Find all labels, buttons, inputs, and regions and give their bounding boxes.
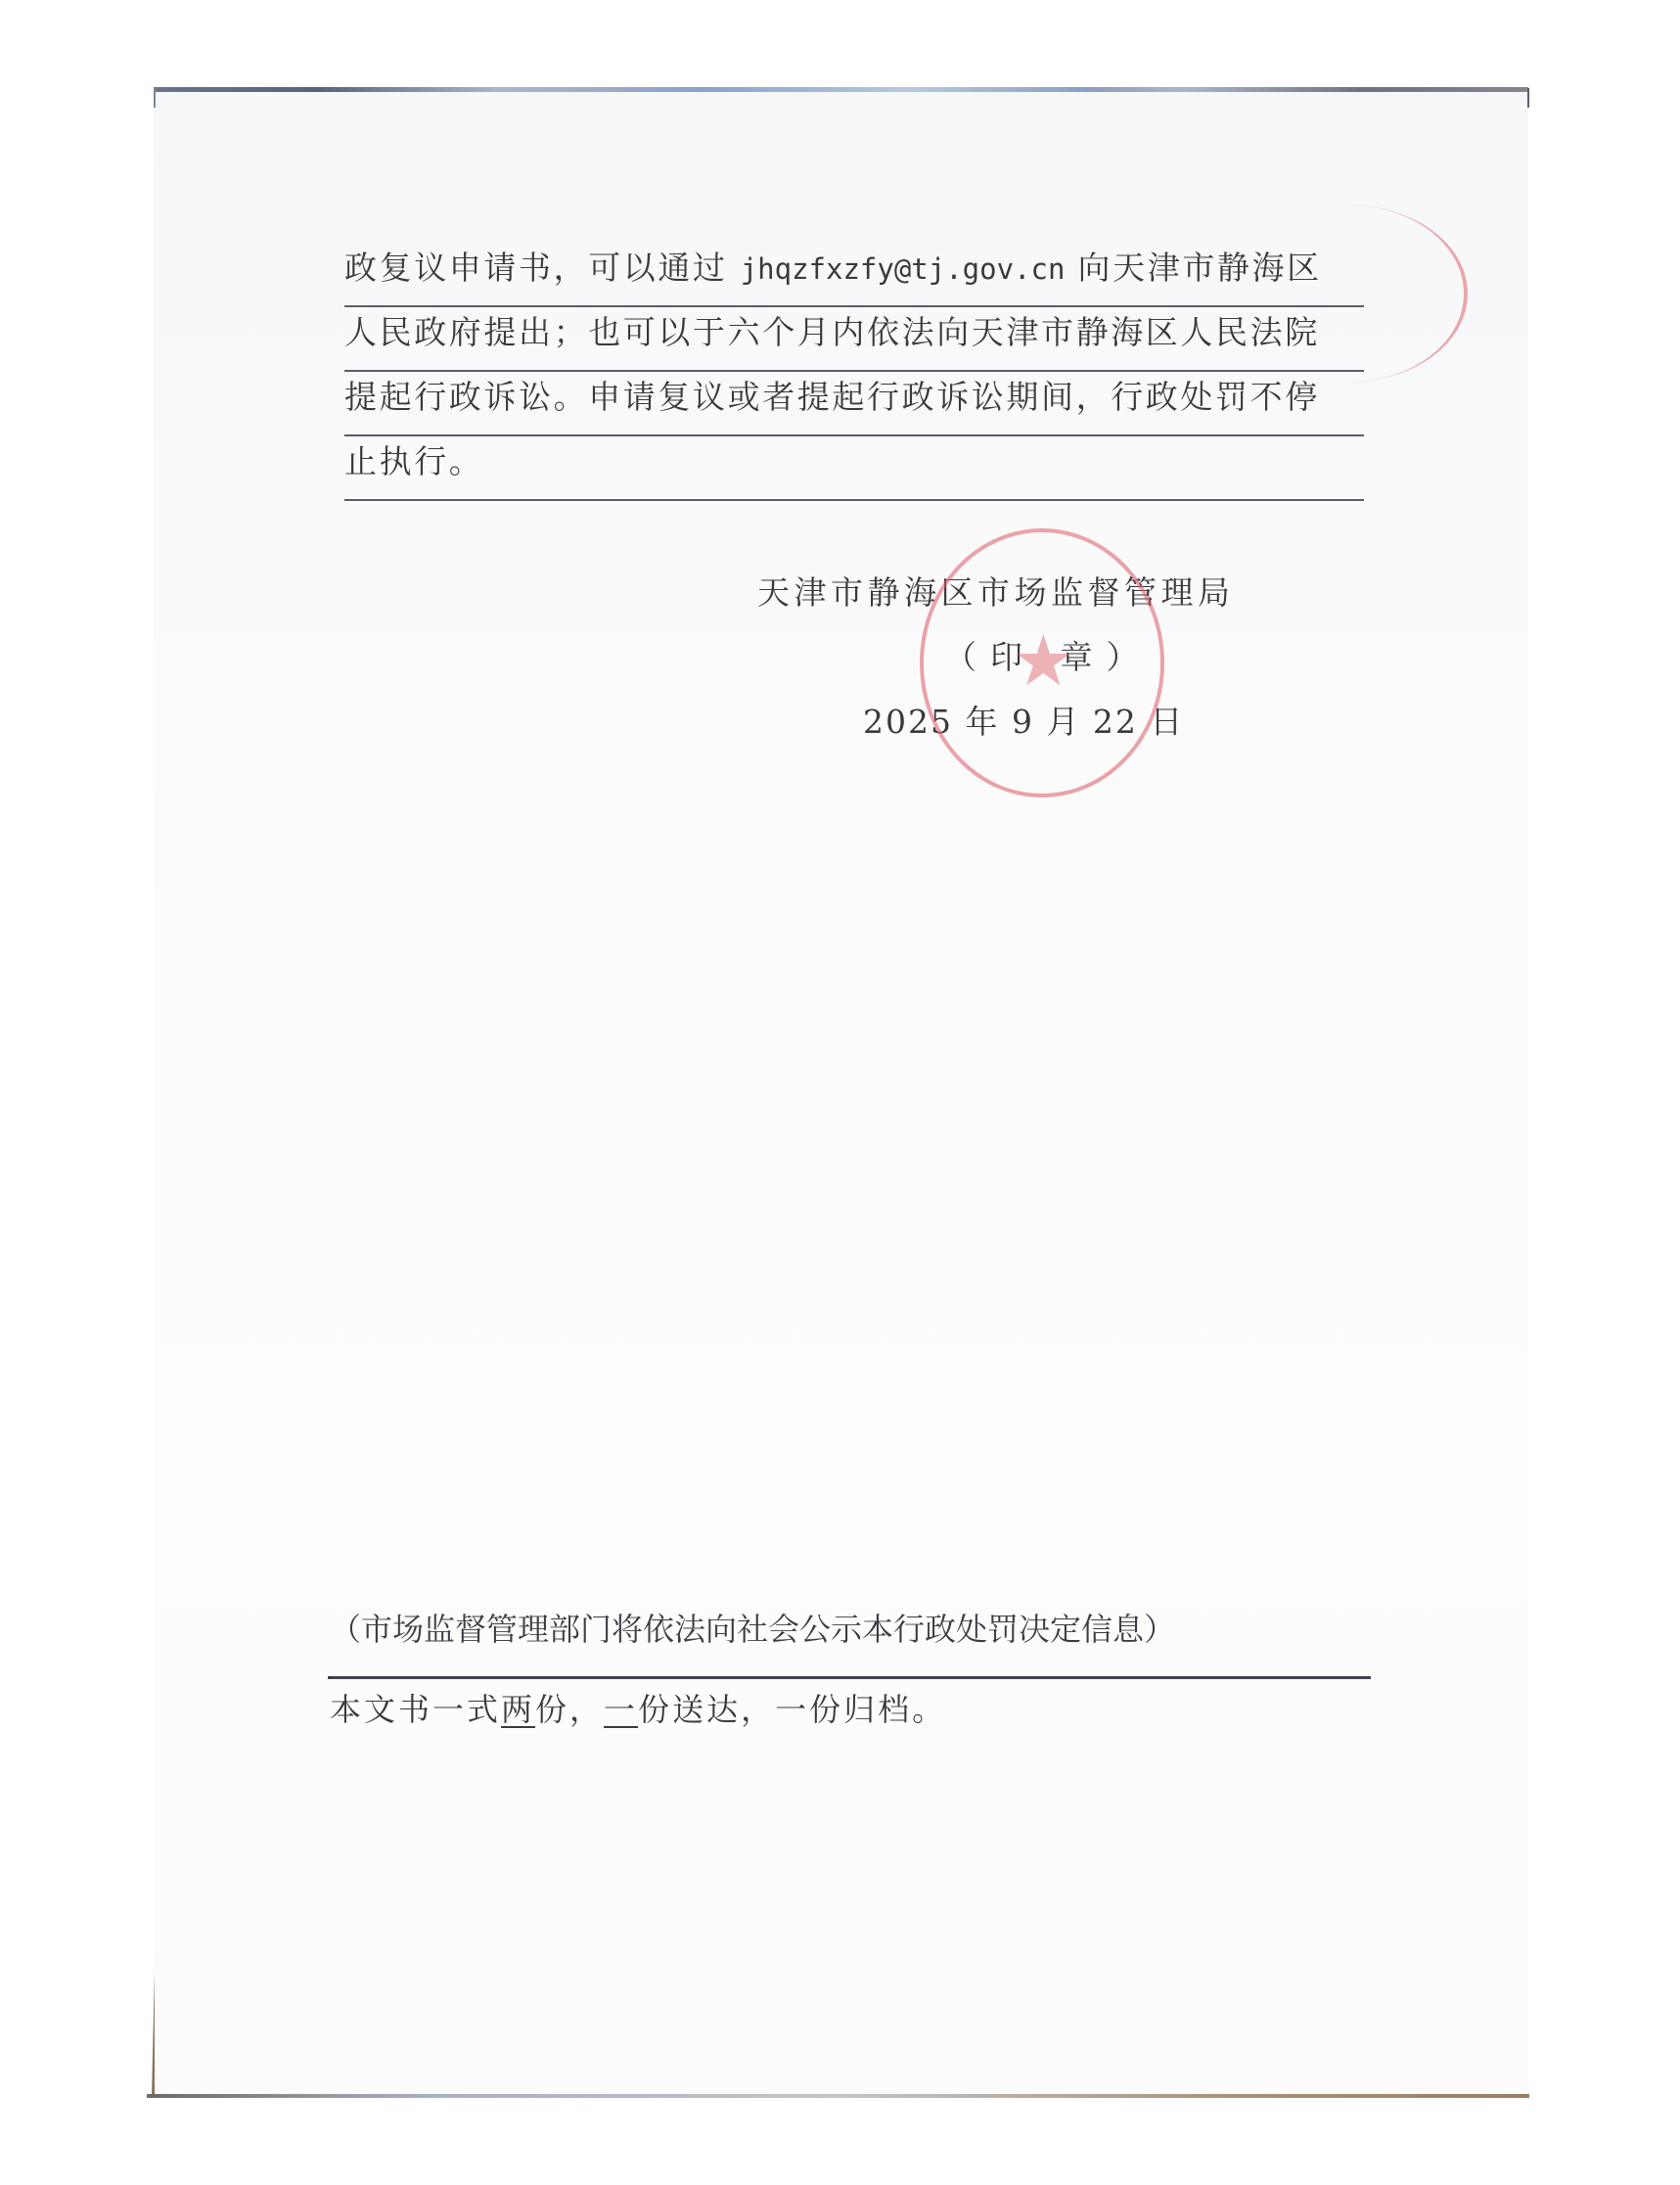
served-count: 一 xyxy=(604,1691,638,1728)
reconsideration-email: jhqzfxzfy@tj.gov.cn xyxy=(741,252,1066,286)
copies-text: 份， xyxy=(535,1691,604,1728)
horizontal-rule xyxy=(328,1676,1371,1679)
issue-date: 2025 年 9 月 22 日 xyxy=(863,697,1184,743)
paper-bottom-left-corner xyxy=(147,1972,155,2095)
paper-left-edge xyxy=(154,88,156,108)
publicity-notice: （市场监督管理部门将依法向社会公示本行政处罚决定信息） xyxy=(330,1605,1175,1650)
copies-text: 本文书一式 xyxy=(330,1691,501,1728)
issuing-organization: 天津市静海区市场监督管理局 xyxy=(757,568,1235,614)
paragraph-line: 政复议申请书，可以通过 jhqzfxzfy@tj.gov.cn 向天津市静海区 xyxy=(344,243,1364,307)
copies-text: 份送达，一份归档。 xyxy=(638,1691,946,1728)
paper-bottom-edge xyxy=(147,2094,1529,2098)
paragraph-line: 止执行。 xyxy=(344,436,1364,501)
paper-top-edge-shadow xyxy=(154,87,1528,92)
paragraph-text: 向天津市静海区 xyxy=(1065,249,1321,287)
paper-right-edge xyxy=(1527,88,1529,108)
paragraph-line: 人民政府提出；也可以于六个月内依法向天津市静海区人民法院 xyxy=(344,307,1364,372)
copies-note: 本文书一式两份，一份送达，一份归档。 xyxy=(330,1685,946,1730)
copies-count: 两 xyxy=(501,1691,535,1728)
appeal-rights-paragraph: 政复议申请书，可以通过 jhqzfxzfy@tj.gov.cn 向天津市静海区 … xyxy=(344,243,1364,501)
paragraph-text: 政复议申请书，可以通过 xyxy=(344,249,741,287)
paragraph-line: 提起行政诉讼。申请复议或者提起行政诉讼期间，行政处罚不停 xyxy=(344,372,1364,436)
seal-label: （印 章） xyxy=(944,632,1153,678)
